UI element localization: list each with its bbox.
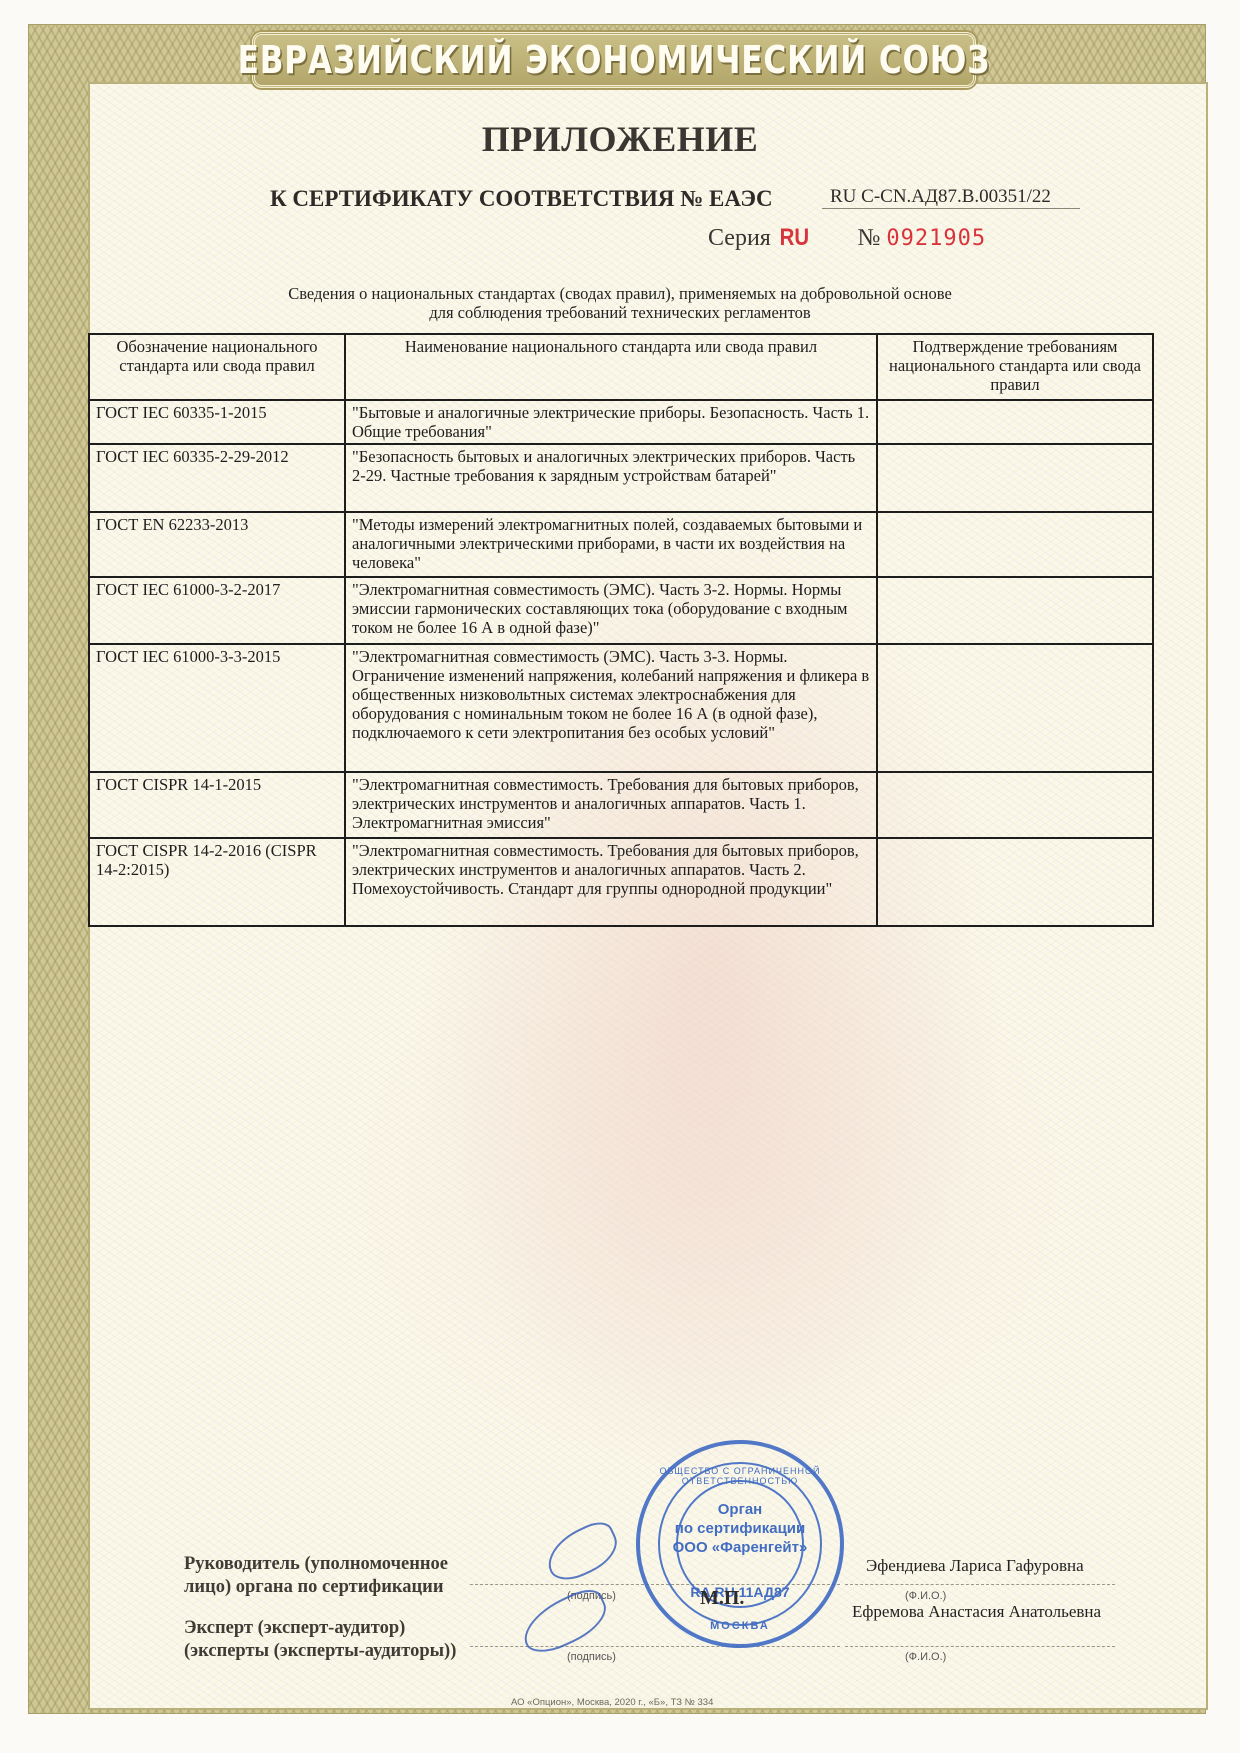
printer-imprint: АО «Опцион», Москва, 2020 г., «Б», ТЗ № … [505,1697,719,1708]
cell-name: "Электромагнитная совместимость (ЭМС). Ч… [345,644,877,772]
head-fio-line [845,1584,1115,1585]
expert-label-line-1: Эксперт (эксперт-аудитор) [184,1617,456,1640]
cell-code: ГОСТ IEC 60335-1-2015 [89,400,345,444]
banner-text: ЕВРАЗИЙСКИЙ ЭКОНОМИЧЕСКИЙ СОЮЗ [238,38,991,82]
intro-line-2: для соблюдения требований технических ре… [0,303,1240,322]
document-title: ПРИЛОЖЕНИЕ [0,118,1240,160]
cell-confirmation [877,400,1153,444]
table-row: ГОСТ IEC 60335-2-29-2012"Безопасность бы… [89,444,1153,512]
table-row: ГОСТ IEC 60335-1-2015"Бытовые и аналогич… [89,400,1153,444]
table-row: ГОСТ CISPR 14-2-2016 (CISPR 14-2:2015)"Э… [89,838,1153,926]
intro-line-1: Сведения о национальных стандартах (свод… [0,284,1240,303]
certificate-number: RU C-CN.АД87.В.00351/22 [822,186,1080,209]
cell-confirmation [877,838,1153,926]
stamp-center: Орган по сертификации ООО «Фаренгейт» [640,1500,840,1557]
table-row: ГОСТ CISPR 14-1-2015"Электромагнитная со… [89,772,1153,838]
head-name: Эфендиева Лариса Гафуровна [866,1556,1084,1576]
column-header-name: Наименование национального стандарта или… [345,334,877,400]
expert-signature-caption: (подпись) [567,1651,616,1663]
expert-label: Эксперт (эксперт-аудитор) (эксперты (экс… [184,1617,456,1663]
cell-name: "Методы измерений электромагнитных полей… [345,512,877,577]
expert-name: Ефремова Анастасия Анатольевна [852,1602,1101,1622]
table-body: ГОСТ IEC 60335-1-2015"Бытовые и аналогич… [89,400,1153,926]
cell-confirmation [877,512,1153,577]
column-header-confirmation: Подтверждение требованиям национального … [877,334,1153,400]
head-fio-caption: (Ф.И.О.) [905,1590,946,1602]
table-header-row: Обозначение национального стандарта или … [89,334,1153,400]
cell-confirmation [877,444,1153,512]
cell-name: "Бытовые и аналогичные электрические при… [345,400,877,444]
cell-code: ГОСТ CISPR 14-1-2015 [89,772,345,838]
certificate-label: К СЕРТИФИКАТУ СООТВЕТСТВИЯ № ЕАЭС [270,186,773,212]
expert-label-line-2: (эксперты (эксперты-аудиторы)) [184,1640,456,1663]
cell-name: "Электромагнитная совместимость. Требова… [345,772,877,838]
cell-code: ГОСТ IEC 60335-2-29-2012 [89,444,345,512]
series-value: RU [779,224,808,252]
cell-code: ГОСТ IEC 61000-3-3-2015 [89,644,345,772]
cell-code: ГОСТ IEC 61000-3-2-2017 [89,577,345,644]
stamp-line-3: ООО «Фаренгейт» [640,1538,840,1557]
cell-code: ГОСТ CISPR 14-2-2016 (CISPR 14-2:2015) [89,838,345,926]
seal-label: М.П. [700,1587,744,1610]
head-label-line-1: Руководитель (уполномоченное [184,1553,448,1576]
head-label-line-2: лицо) органа по сертификации [184,1576,448,1599]
table-row: ГОСТ IEC 61000-3-2-2017"Электромагнитная… [89,577,1153,644]
stamp-city: МОСКВА [640,1620,840,1632]
standards-table: Обозначение национального стандарта или … [88,333,1154,927]
form-number: 0921905 [886,226,986,251]
cell-code: ГОСТ EN 62233-2013 [89,512,345,577]
stamp-org-text: ОБЩЕСТВО С ОГРАНИЧЕННОЙ ОТВЕТСТВЕННОСТЬЮ [640,1466,840,1486]
stamp-line-1: Орган [640,1500,840,1519]
cell-confirmation [877,772,1153,838]
column-header-code: Обозначение национального стандарта или … [89,334,345,400]
certification-stamp: ОБЩЕСТВО С ОГРАНИЧЕННОЙ ОТВЕТСТВЕННОСТЬЮ… [636,1440,844,1648]
cell-name: "Безопасность бытовых и аналогичных элек… [345,444,877,512]
stamp-line-2: по сертификации [640,1519,840,1538]
expert-fio-line [845,1646,1115,1647]
union-banner: ЕВРАЗИЙСКИЙ ЭКОНОМИЧЕСКИЙ СОЮЗ [252,32,976,88]
expert-fio-caption: (Ф.И.О.) [905,1651,946,1663]
head-label: Руководитель (уполномоченное лицо) орган… [184,1553,448,1599]
series-line: Серия RU № 0921905 [708,224,986,252]
intro-text: Сведения о национальных стандартах (свод… [0,284,1240,322]
cell-name: "Электромагнитная совместимость. Требова… [345,838,877,926]
number-label: № [858,225,881,251]
table-row: ГОСТ IEC 61000-3-3-2015"Электромагнитная… [89,644,1153,772]
cell-confirmation [877,577,1153,644]
series-label: Серия [708,225,771,251]
cell-confirmation [877,644,1153,772]
cell-name: "Электромагнитная совместимость (ЭМС). Ч… [345,577,877,644]
table-row: ГОСТ EN 62233-2013"Методы измерений элек… [89,512,1153,577]
expert-signature-line [470,1646,840,1647]
